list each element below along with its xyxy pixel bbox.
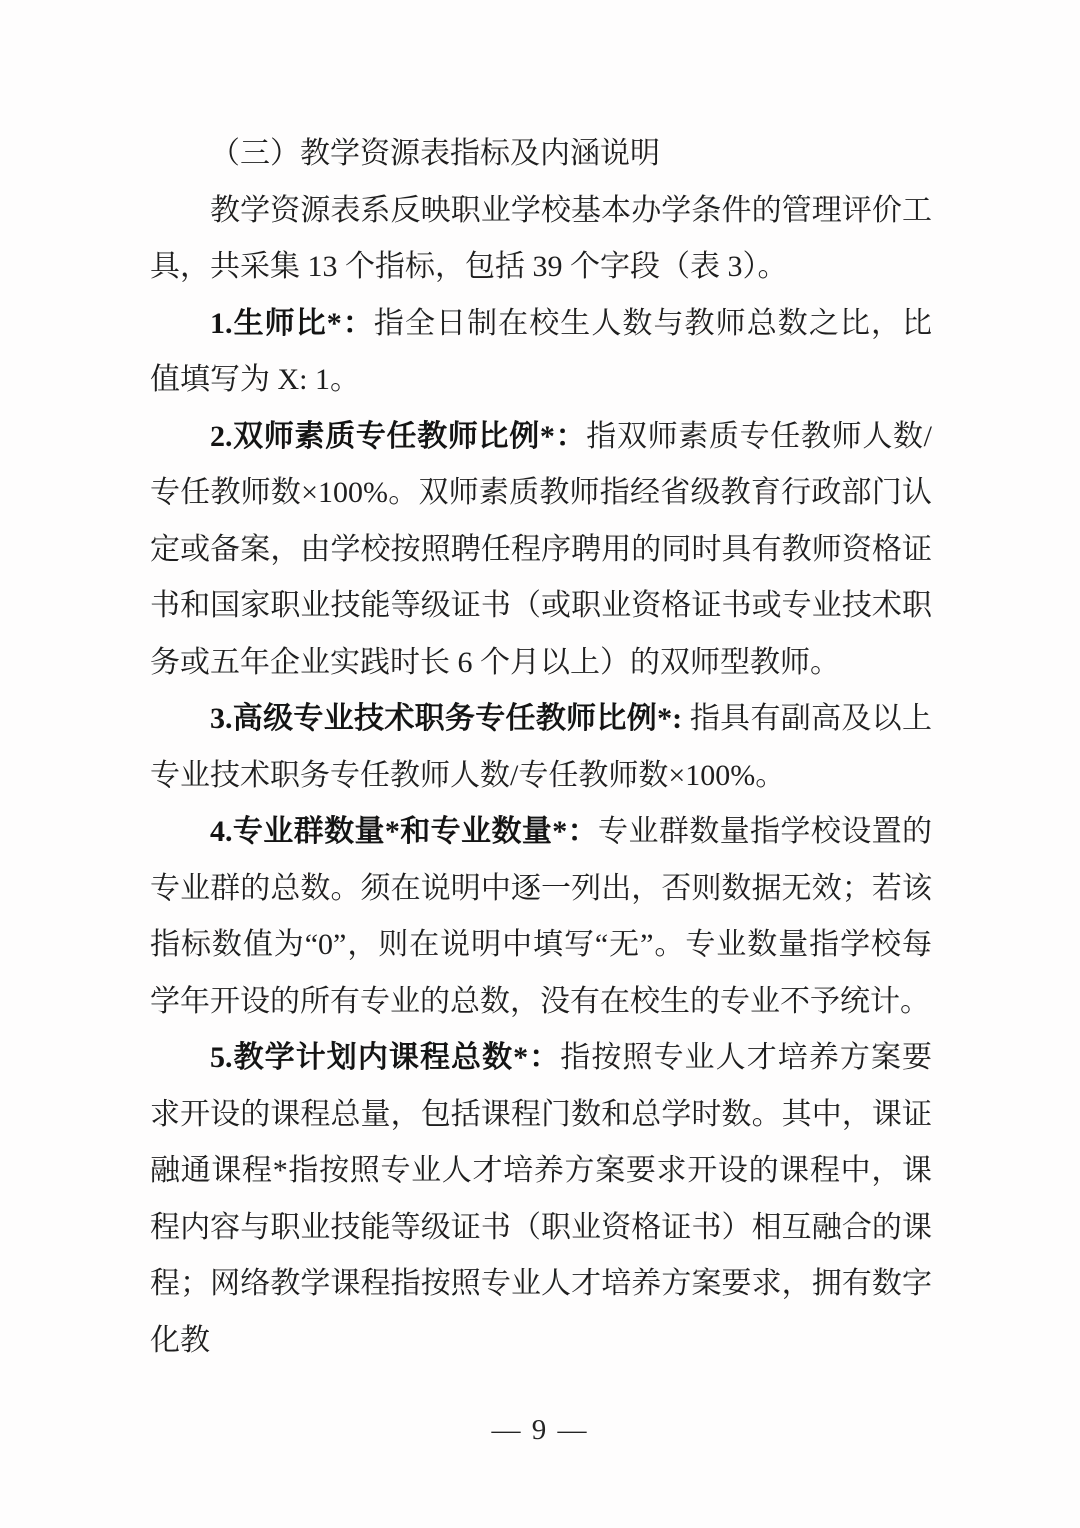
item-1-lead: 1.生师比*： (210, 307, 374, 340)
item-2-lead: 2.双师素质专任教师比例*： (210, 420, 586, 453)
item-paragraph-1: 1.生师比*：指全日制在校生人数与教师总数之比，比值填写为 X: 1。 (150, 296, 932, 409)
item-paragraph-4: 4.专业群数量*和专业数量*：专业群数量指学校设置的专业群的总数。须在说明中逐一… (150, 804, 932, 1030)
item-5-body: 指按照专业人才培养方案要求开设的课程总量，包括课程门数和总学时数。其中，课证融通… (150, 1041, 932, 1357)
section-heading: （三）教学资源表指标及内涵说明 (150, 126, 932, 183)
intro-paragraph: 教学资源表系反映职业学校基本办学条件的管理评价工具，共采集 13 个指标，包括 … (150, 183, 932, 296)
item-3-lead: 3.高级专业技术职务专任教师比例*: (210, 702, 690, 735)
item-paragraph-3: 3.高级专业技术职务专任教师比例*: 指具有副高及以上专业技术职务专任教师人数/… (150, 691, 932, 804)
item-4-lead: 4.专业群数量*和专业数量*： (210, 815, 598, 848)
item-paragraph-2: 2.双师素质专任教师比例*：指双师素质专任教师人数/专任教师数×100%。双师素… (150, 409, 932, 692)
item-paragraph-5: 5.教学计划内课程总数*：指按照专业人才培养方案要求开设的课程总量，包括课程门数… (150, 1030, 932, 1369)
document-page: （三）教学资源表指标及内涵说明 教学资源表系反映职业学校基本办学条件的管理评价工… (0, 0, 1080, 1528)
page-number: — 9 — (0, 1402, 1080, 1458)
document-body: （三）教学资源表指标及内涵说明 教学资源表系反映职业学校基本办学条件的管理评价工… (150, 126, 932, 1369)
item-5-lead: 5.教学计划内课程总数*： (210, 1041, 560, 1074)
item-2-body: 指双师素质专任教师人数/专任教师数×100%。双师素质教师指经省级教育行政部门认… (150, 420, 932, 679)
